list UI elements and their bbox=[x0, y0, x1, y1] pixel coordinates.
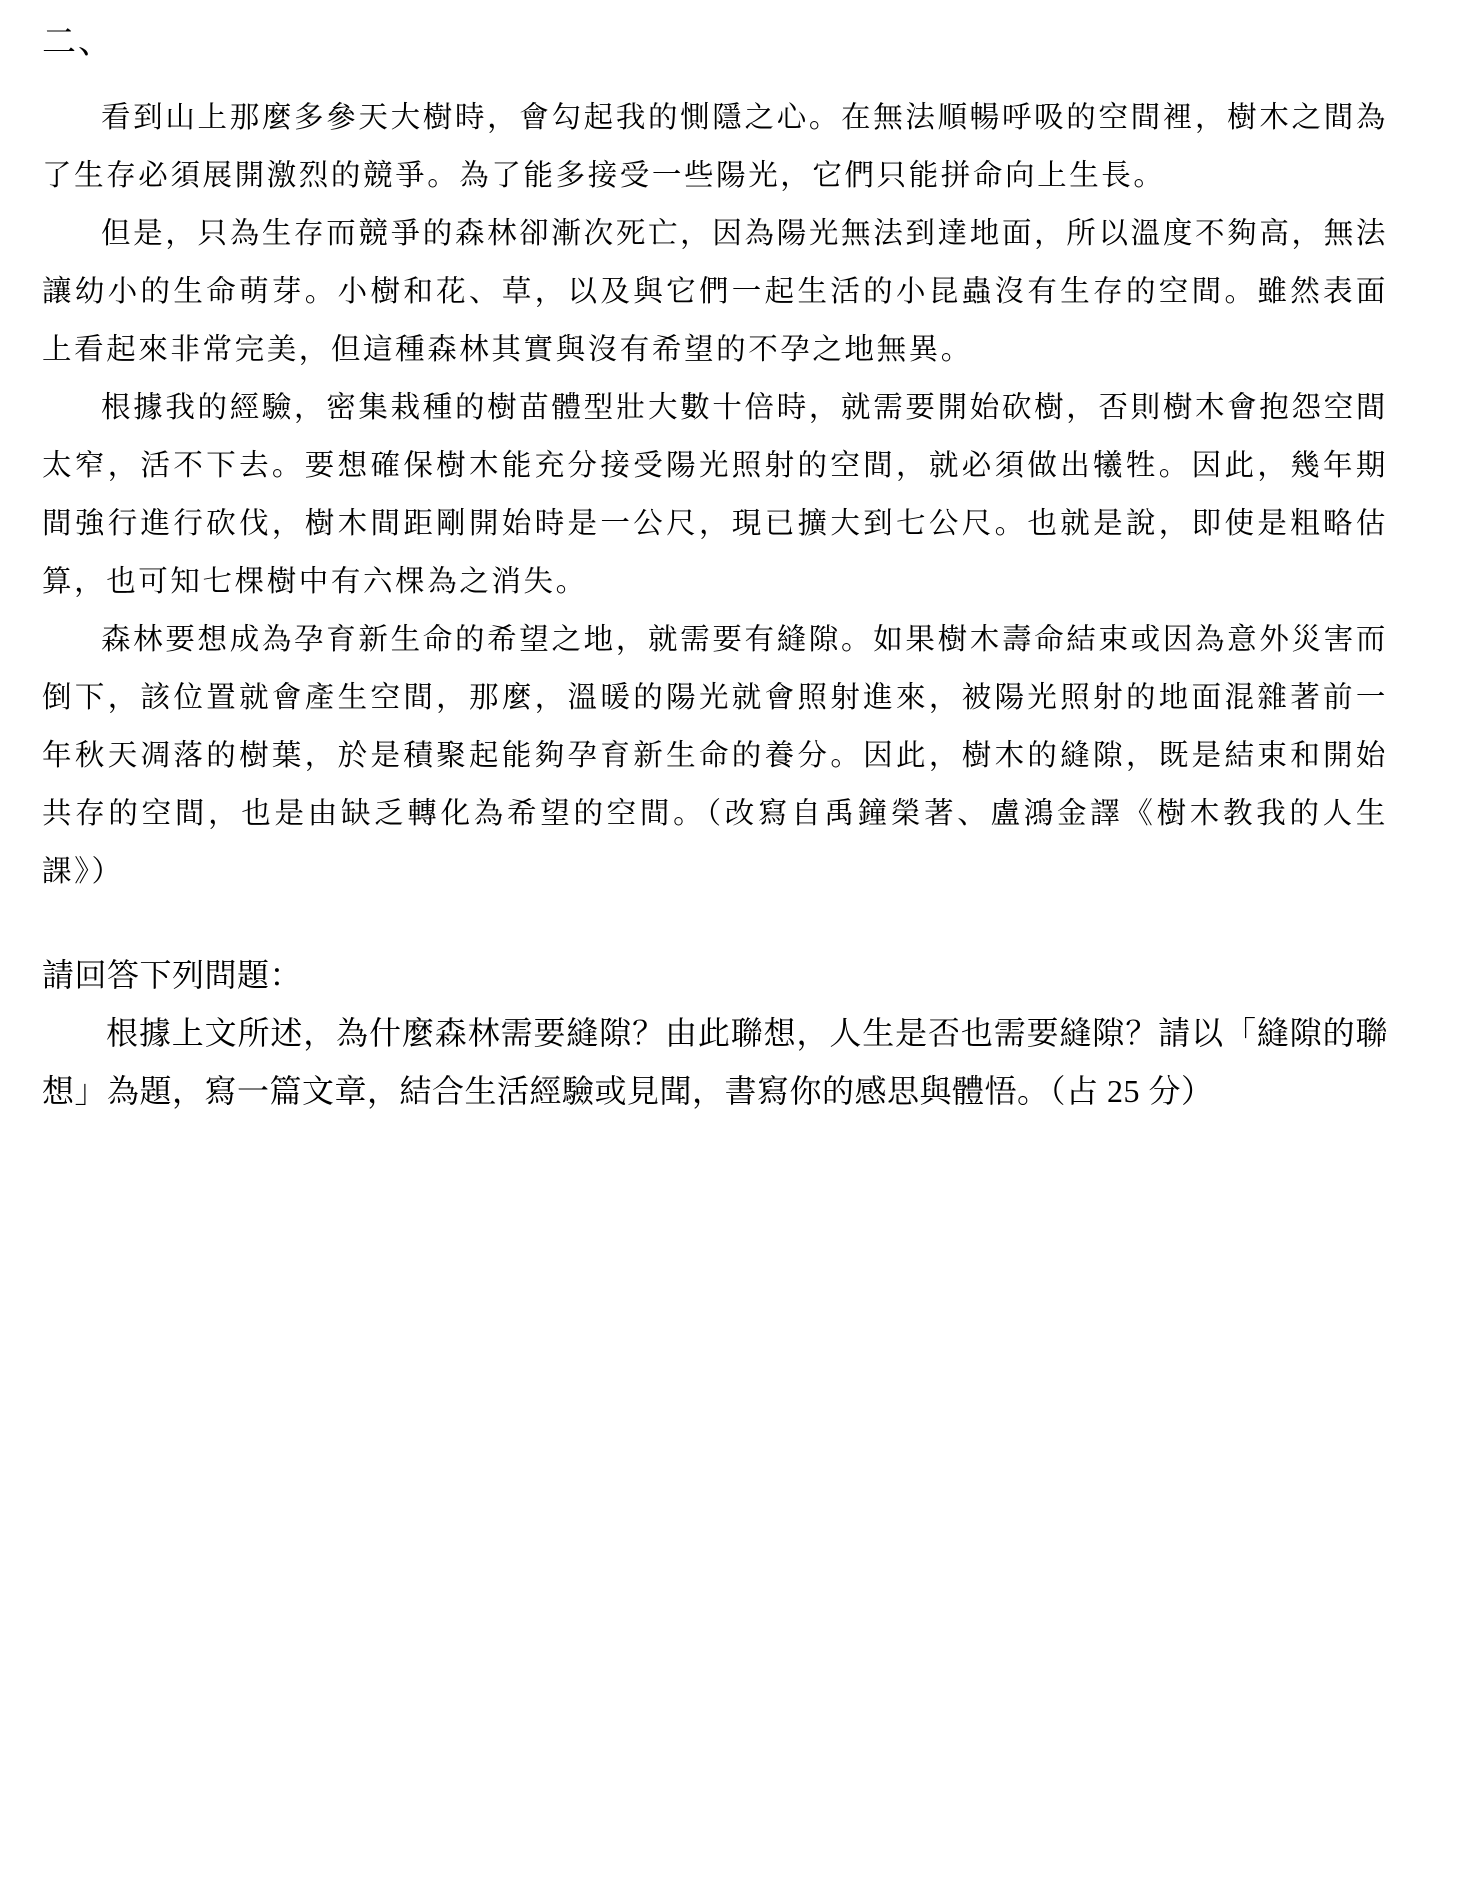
passage-paragraph-2: 但是，只為生存而競爭的森林卻漸次死亡，因為陽光無法到達地面，所以溫度不夠高，無法… bbox=[42, 204, 1388, 378]
question-prompt: 根據上文所述，為什麼森林需要縫隙？由此聯想，人生是否也需要縫隙？請以「縫隙的聯想… bbox=[42, 1004, 1388, 1120]
passage-paragraph-4: 森林要想成為孕育新生命的希望之地，就需要有縫隙。如果樹木壽命結束或因為意外災害而… bbox=[42, 610, 1388, 900]
reading-passage: 看到山上那麼多參天大樹時，會勾起我的惻隱之心。在無法順暢呼吸的空間裡，樹木之間為… bbox=[42, 88, 1388, 900]
question-block: 請回答下列問題： 根據上文所述，為什麼森林需要縫隙？由此聯想，人生是否也需要縫隙… bbox=[42, 946, 1388, 1120]
passage-paragraph-1: 看到山上那麼多參天大樹時，會勾起我的惻隱之心。在無法順暢呼吸的空間裡，樹木之間為… bbox=[42, 88, 1388, 204]
section-number: 二、 bbox=[42, 22, 114, 62]
passage-paragraph-3: 根據我的經驗，密集栽種的樹苗體型壯大數十倍時，就需要開始砍樹，否則樹木會抱怨空間… bbox=[42, 378, 1388, 610]
question-heading: 請回答下列問題： bbox=[42, 946, 1388, 1004]
